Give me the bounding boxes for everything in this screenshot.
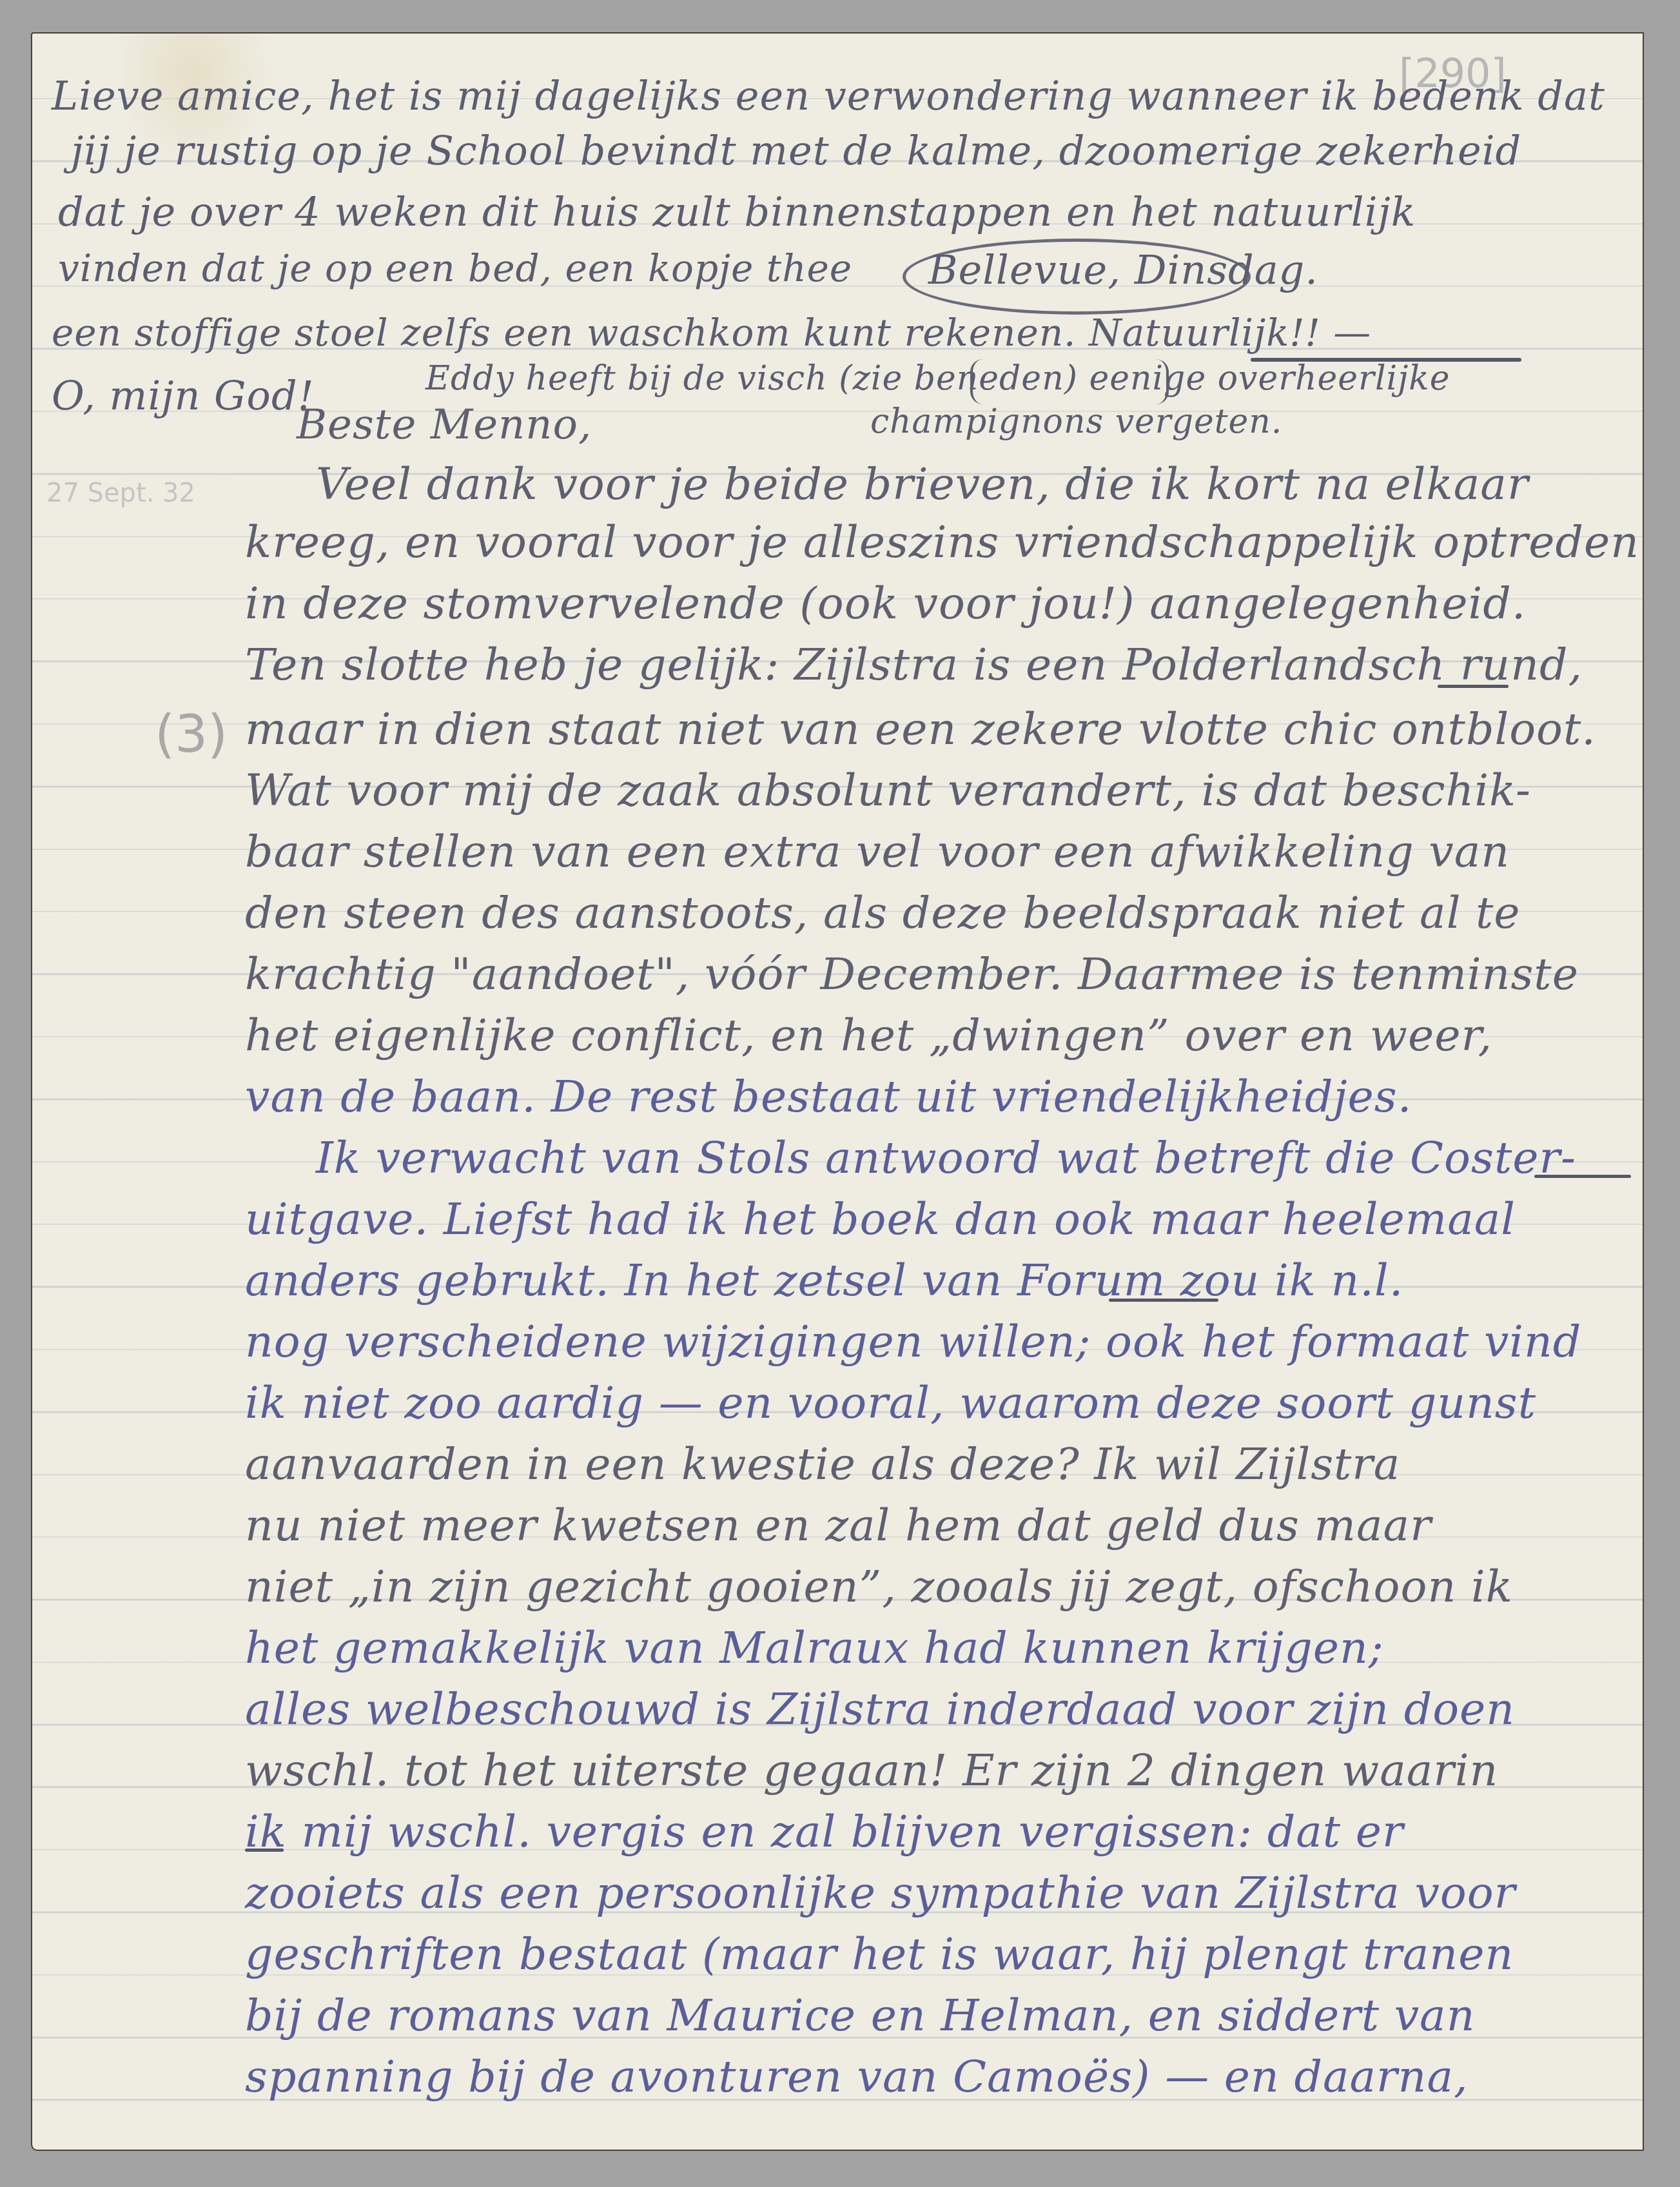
top-note-line-2: jij je rustig op je School bevindt met d… xyxy=(71,127,1521,174)
body-line-22: wschl. tot het uiterste gegaan! Er zijn … xyxy=(245,1745,1498,1796)
margin-mark: (3) xyxy=(155,704,228,764)
body-line-10: het eigenlijke conflict, en het „dwingen… xyxy=(245,1010,1492,1061)
rund-underline xyxy=(1438,685,1509,688)
body-line-18: nu niet meer kwetsen en zal hem dat geld… xyxy=(245,1500,1432,1551)
body-line-17: aanvaarden in een kwestie als deze? Ik w… xyxy=(245,1439,1400,1490)
body-line-13: uitgave. Liefst had ik het boek dan ook … xyxy=(245,1194,1516,1245)
body-line-24: zooiets als een persoonlijke sympathie v… xyxy=(245,1868,1516,1919)
body-line-27: spanning bij de avonturen van Camoës) — … xyxy=(245,2052,1469,2103)
body-line-16: ik niet zoo aardig — en vooral, waarom d… xyxy=(245,1378,1536,1429)
body-line-9: krachtig "aandoet", vóór December. Daarm… xyxy=(245,949,1579,1000)
body-line-3: in deze stomvervelende (ook voor jou!) a… xyxy=(245,578,1526,629)
top-note-line-7: Eddy heeft bij de visch (zie beneden) ee… xyxy=(425,359,1450,398)
top-note-line-4: vinden dat je op een bed, een kopje thee xyxy=(58,246,852,290)
body-line-21: alles welbeschouwd is Zijlstra inderdaad… xyxy=(245,1684,1515,1735)
body-line-2: kreeg, en vooral voor je alleszins vrien… xyxy=(245,517,1639,568)
body-line-4: Ten slotte heb je gelijk: Zijlstra is ee… xyxy=(245,640,1583,691)
body-line-6: Wat voor mij de zaak absolunt verandert,… xyxy=(245,765,1531,816)
body-line-5: maar in dien staat niet van een zekere v… xyxy=(245,704,1596,755)
body-line-7: baar stellen van een extra vel voor een … xyxy=(245,827,1510,878)
top-note-line-6: O, mijn God! xyxy=(52,372,315,419)
body-line-14: anders gebrukt. In het zetsel van Forum … xyxy=(245,1255,1403,1306)
coster-underline xyxy=(1534,1175,1631,1178)
body-line-15: nog verscheidene wijzigingen willen; ook… xyxy=(245,1317,1581,1368)
body-line-11: van de baan. De rest bestaat uit vriende… xyxy=(245,1072,1412,1123)
body-line-19: niet „in zijn gezicht gooien”, zooals ji… xyxy=(245,1562,1513,1613)
letter-page: [290] Lieve amice, het is mij dagelijks … xyxy=(31,32,1644,2151)
body-line-26: bij de romans van Maurice en Helman, en … xyxy=(245,1990,1475,2041)
body-line-23: ik mij wschl. vergis en zal blijven verg… xyxy=(245,1807,1404,1858)
body-line-25: geschriften bestaat (maar het is waar, h… xyxy=(245,1929,1514,1980)
body-line-12: Ik verwacht van Stols antwoord wat betre… xyxy=(316,1133,1576,1184)
top-note-line-3: dat je over 4 weken dit huis zult binnen… xyxy=(58,188,1416,235)
body-line-20: het gemakkelijk van Malraux had kunnen k… xyxy=(245,1623,1384,1674)
dateline-text: Bellevue, Dinsdag. xyxy=(928,246,1318,293)
top-note-line-8: champignons vergeten. xyxy=(870,402,1282,441)
margin-date: 27 Sept. 32 xyxy=(46,478,195,508)
body-line-8: den steen des aanstoots, als deze beelds… xyxy=(245,888,1521,939)
zie-beneden-bracket xyxy=(970,359,1169,404)
forum-underline xyxy=(1109,1299,1218,1302)
body-line-1: Veel dank voor je beide brieven, die ik … xyxy=(316,459,1529,510)
ik-underline xyxy=(245,1849,284,1852)
top-note-line-1: Lieve amice, het is mij dagelijks een ve… xyxy=(52,72,1605,119)
top-note-line-5: een stoffige stoel zelfs een waschkom ku… xyxy=(52,311,1371,355)
salutation: Beste Menno, xyxy=(297,401,592,449)
